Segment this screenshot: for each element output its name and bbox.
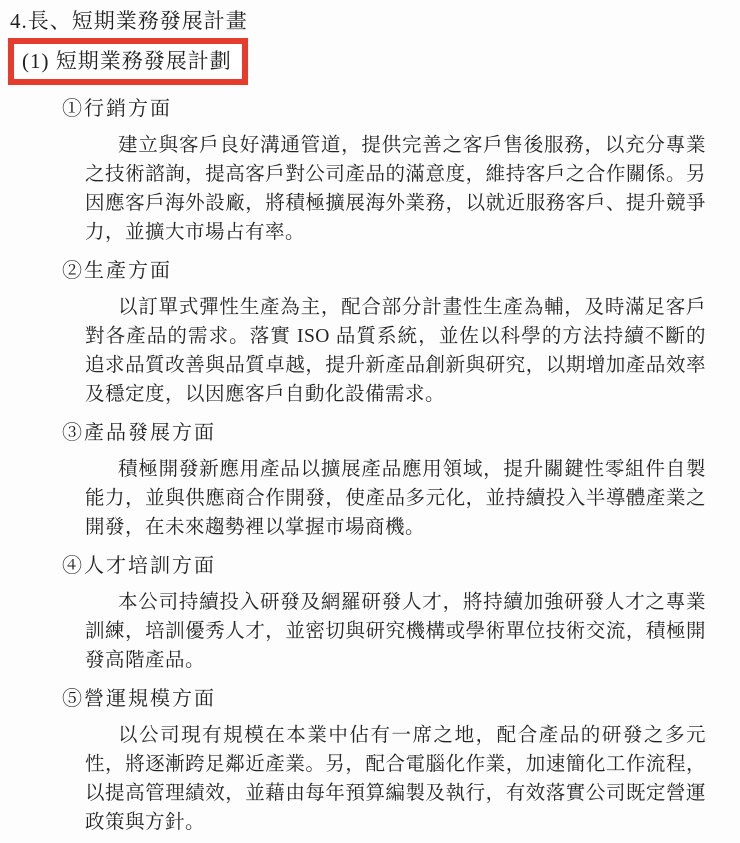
section-heading-operation-scale: ⑤營運規模方面 bbox=[62, 687, 706, 711]
section-body-talent-training: 本公司持續投入研發及網羅研發人才，將持續加強研發人才之專業訓練，培訓優秀人才，並… bbox=[85, 588, 706, 675]
highlighted-heading: (1) 短期業務發展計劃 bbox=[22, 49, 232, 73]
red-highlight-box: (1) 短期業務發展計劃 bbox=[8, 38, 248, 85]
document-title: 4.長、短期業務發展計畫 bbox=[10, 8, 706, 34]
section-heading-marketing: ①行銷方面 bbox=[62, 97, 706, 121]
section-production: ②生產方面 以訂單式彈性生產為主，配合部分計畫性生產為輔，及時滿足客戶對各產品的… bbox=[10, 259, 706, 409]
section-talent-training: ④人才培訓方面 本公司持續投入研發及網羅研發人才，將持續加強研發人才之專業訓練，… bbox=[10, 554, 706, 675]
section-body-operation-scale: 以公司現有規模在本業中佔有一席之地，配合產品的研發之多元性，將逐漸跨足鄰近產業。… bbox=[85, 721, 706, 837]
section-operation-scale: ⑤營運規模方面 以公司現有規模在本業中佔有一席之地，配合產品的研發之多元性，將逐… bbox=[10, 687, 706, 837]
section-heading-product-development: ③產品發展方面 bbox=[62, 421, 706, 445]
section-marketing: ①行銷方面 建立與客戶良好溝通管道，提供完善之客戶售後服務，以充分專業之技術諮詢… bbox=[10, 97, 706, 247]
section-body-production: 以訂單式彈性生產為主，配合部分計畫性生產為輔，及時滿足客戶對各產品的需求。落實 … bbox=[85, 293, 706, 409]
section-heading-production: ②生產方面 bbox=[62, 259, 706, 283]
highlight-annotation-row: (1) 短期業務發展計劃 bbox=[8, 38, 706, 85]
section-heading-talent-training: ④人才培訓方面 bbox=[62, 554, 706, 578]
document-page: 4.長、短期業務發展計畫 (1) 短期業務發展計劃 ①行銷方面 建立與客戶良好溝… bbox=[0, 0, 740, 843]
section-product-development: ③產品發展方面 積極開發新應用產品以擴展產品應用領域，提升關鍵性零組件自製能力，… bbox=[10, 421, 706, 542]
section-body-product-development: 積極開發新應用產品以擴展產品應用領域，提升關鍵性零組件自製能力，並與供應商合作開… bbox=[85, 455, 706, 542]
section-body-marketing: 建立與客戶良好溝通管道，提供完善之客戶售後服務，以充分專業之技術諮詢，提高客戶對… bbox=[85, 131, 706, 247]
